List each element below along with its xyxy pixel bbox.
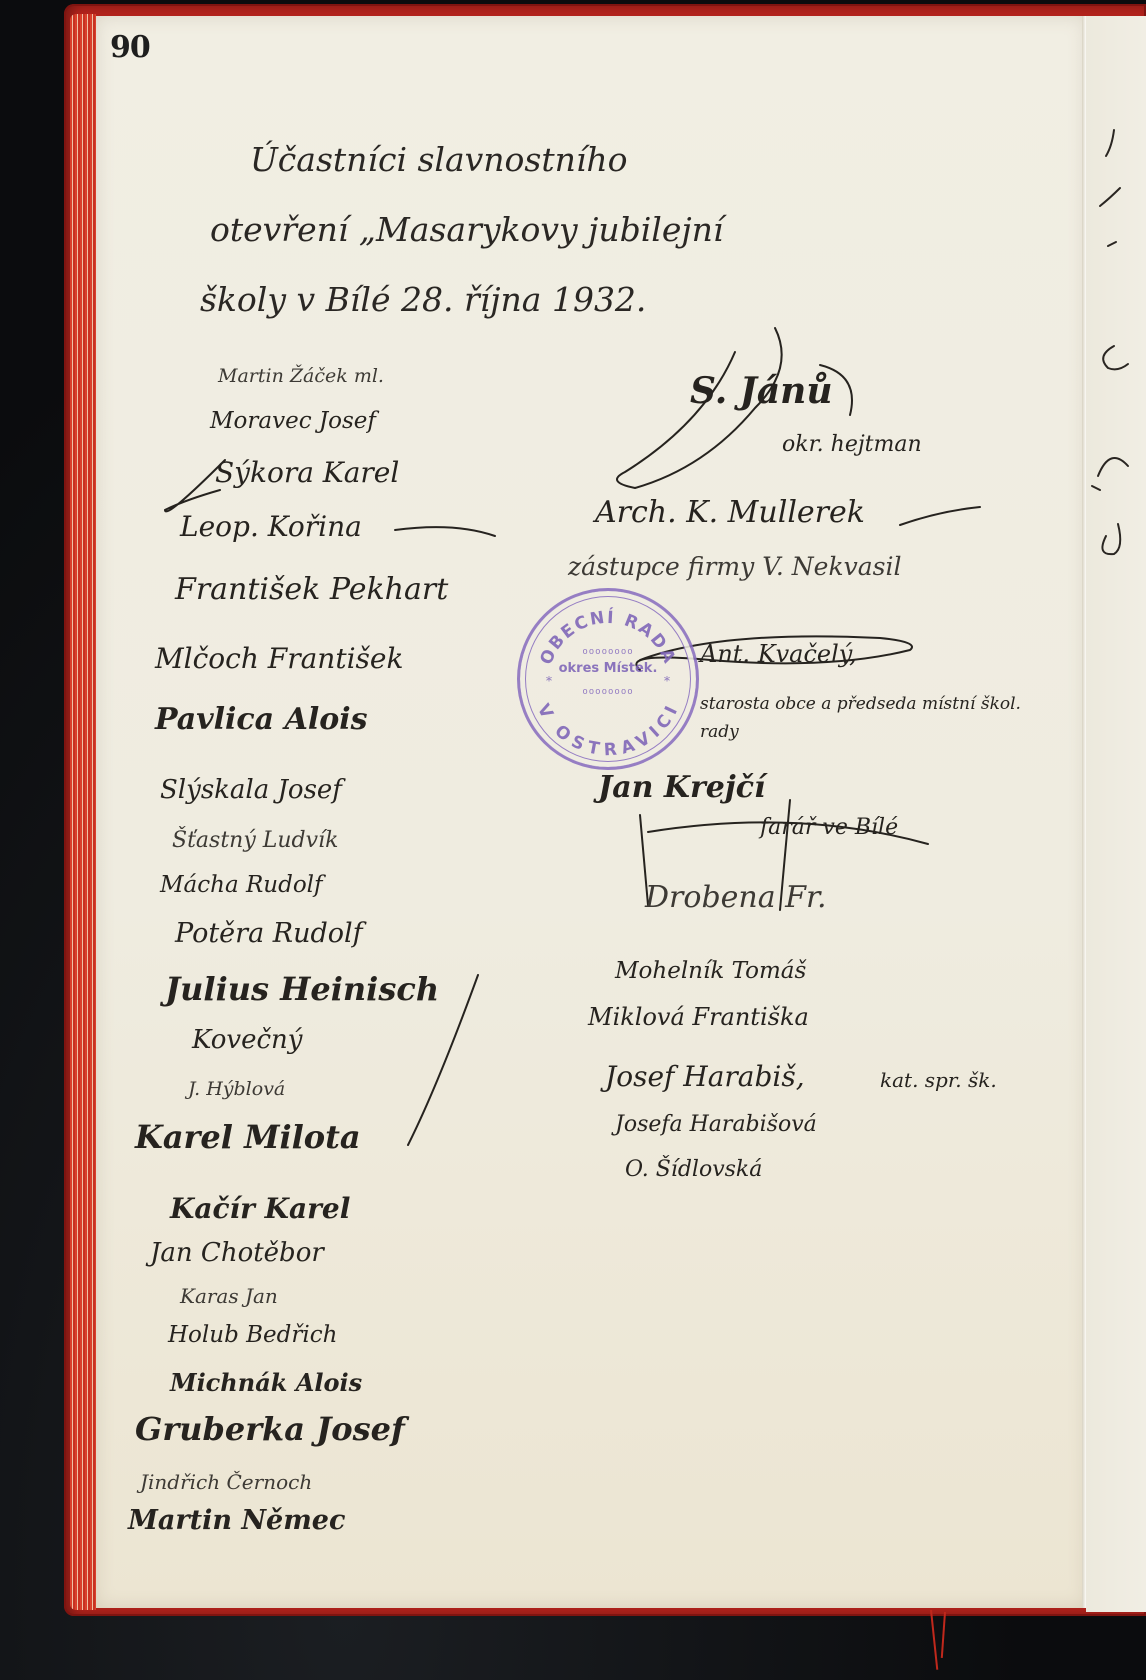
signature: Jan Krejčí [598,770,765,805]
heading-line-3: školy v Bílé 28. října 1932. [200,265,970,335]
right-page-edge [1086,16,1146,1612]
signature: Michnák Alois [170,1368,362,1397]
star-icon: * [664,674,670,688]
signature: Pavlica Alois [155,702,368,737]
signature: Karas Jan [180,1284,278,1308]
signature-role: farář ve Bílé [760,815,898,840]
signature: Mlčoch František [155,642,403,675]
signature: Gruberka Josef [135,1410,405,1448]
signature: Slýskala Josef [160,775,342,805]
signature-role: kat. spr. šk. [880,1068,997,1092]
signature: Karel Milota [135,1118,361,1156]
signature: Šťastný Ludvík [172,828,338,853]
signature: Martin Žáček ml. [218,365,384,387]
signature: O. Šídlovská [625,1157,762,1182]
signature: Jindřich Černoch [140,1470,312,1494]
svg-text:OBECNÍ RADA: OBECNÍ RADA [536,606,679,668]
svg-text:V OSTRAVICI: V OSTRAVICI [533,701,683,761]
signature: J. Hýblová [188,1078,285,1100]
stamp-ornament: oooooooo [520,647,696,657]
signature: Drobena Fr. [645,880,827,915]
signature: Sýkora Karel [215,456,399,489]
signature: Josefa Harabišová [615,1112,817,1137]
signature: Josef Harabiš, [605,1060,805,1093]
heading-line-1: Účastníci slavnostního [210,125,970,195]
signature: Julius Heinisch [165,970,439,1008]
signature: S. Jánů [690,370,833,412]
stamp-ring-text: OBECNÍ RADA V OSTRAVICI * * [520,591,696,767]
signature: Ant. Kvačelý, [700,640,857,668]
signature: Moravec Josef [210,408,376,434]
stamp-top-text: OBECNÍ RADA [536,606,679,668]
signature: Martin Němec [128,1505,345,1536]
heading-line-2: otevření „Masarykovy jubilejní [210,195,970,265]
page-number: 90 [110,30,150,65]
signature: Mácha Rudolf [160,872,323,898]
signature: Leop. Kořina [180,510,362,543]
stamp-center-text: okres Místek. [520,661,696,676]
signature: Miklová Františka [588,1003,809,1031]
signature: František Pekhart [175,572,448,607]
signature: Kačír Karel [170,1192,350,1225]
signature-role: okr. hejtman [782,432,922,457]
signature: Mohelník Tomáš [615,958,806,984]
page-heading: Účastníci slavnostního otevření „Masaryk… [210,125,970,335]
signature-role: starosta obce a předseda místní škol. ra… [700,690,1030,746]
signature: Holub Bedřich [168,1322,337,1348]
official-stamp: OBECNÍ RADA V OSTRAVICI * * oooooooo okr… [517,588,699,770]
page-edges [70,14,96,1610]
stamp-bottom-text: V OSTRAVICI [533,701,683,761]
signature: Jan Chotěbor [150,1238,324,1268]
signature: Arch. K. Mullerek [595,495,865,530]
signature: Kovečný [192,1025,302,1055]
facing-page-handwriting [1086,16,1146,1612]
signature: Potěra Rudolf [175,918,363,949]
signature-role: zástupce firmy V. Nekvasil [568,552,901,581]
stamp-ornament: oooooooo [520,687,696,697]
star-icon: * [546,674,552,688]
